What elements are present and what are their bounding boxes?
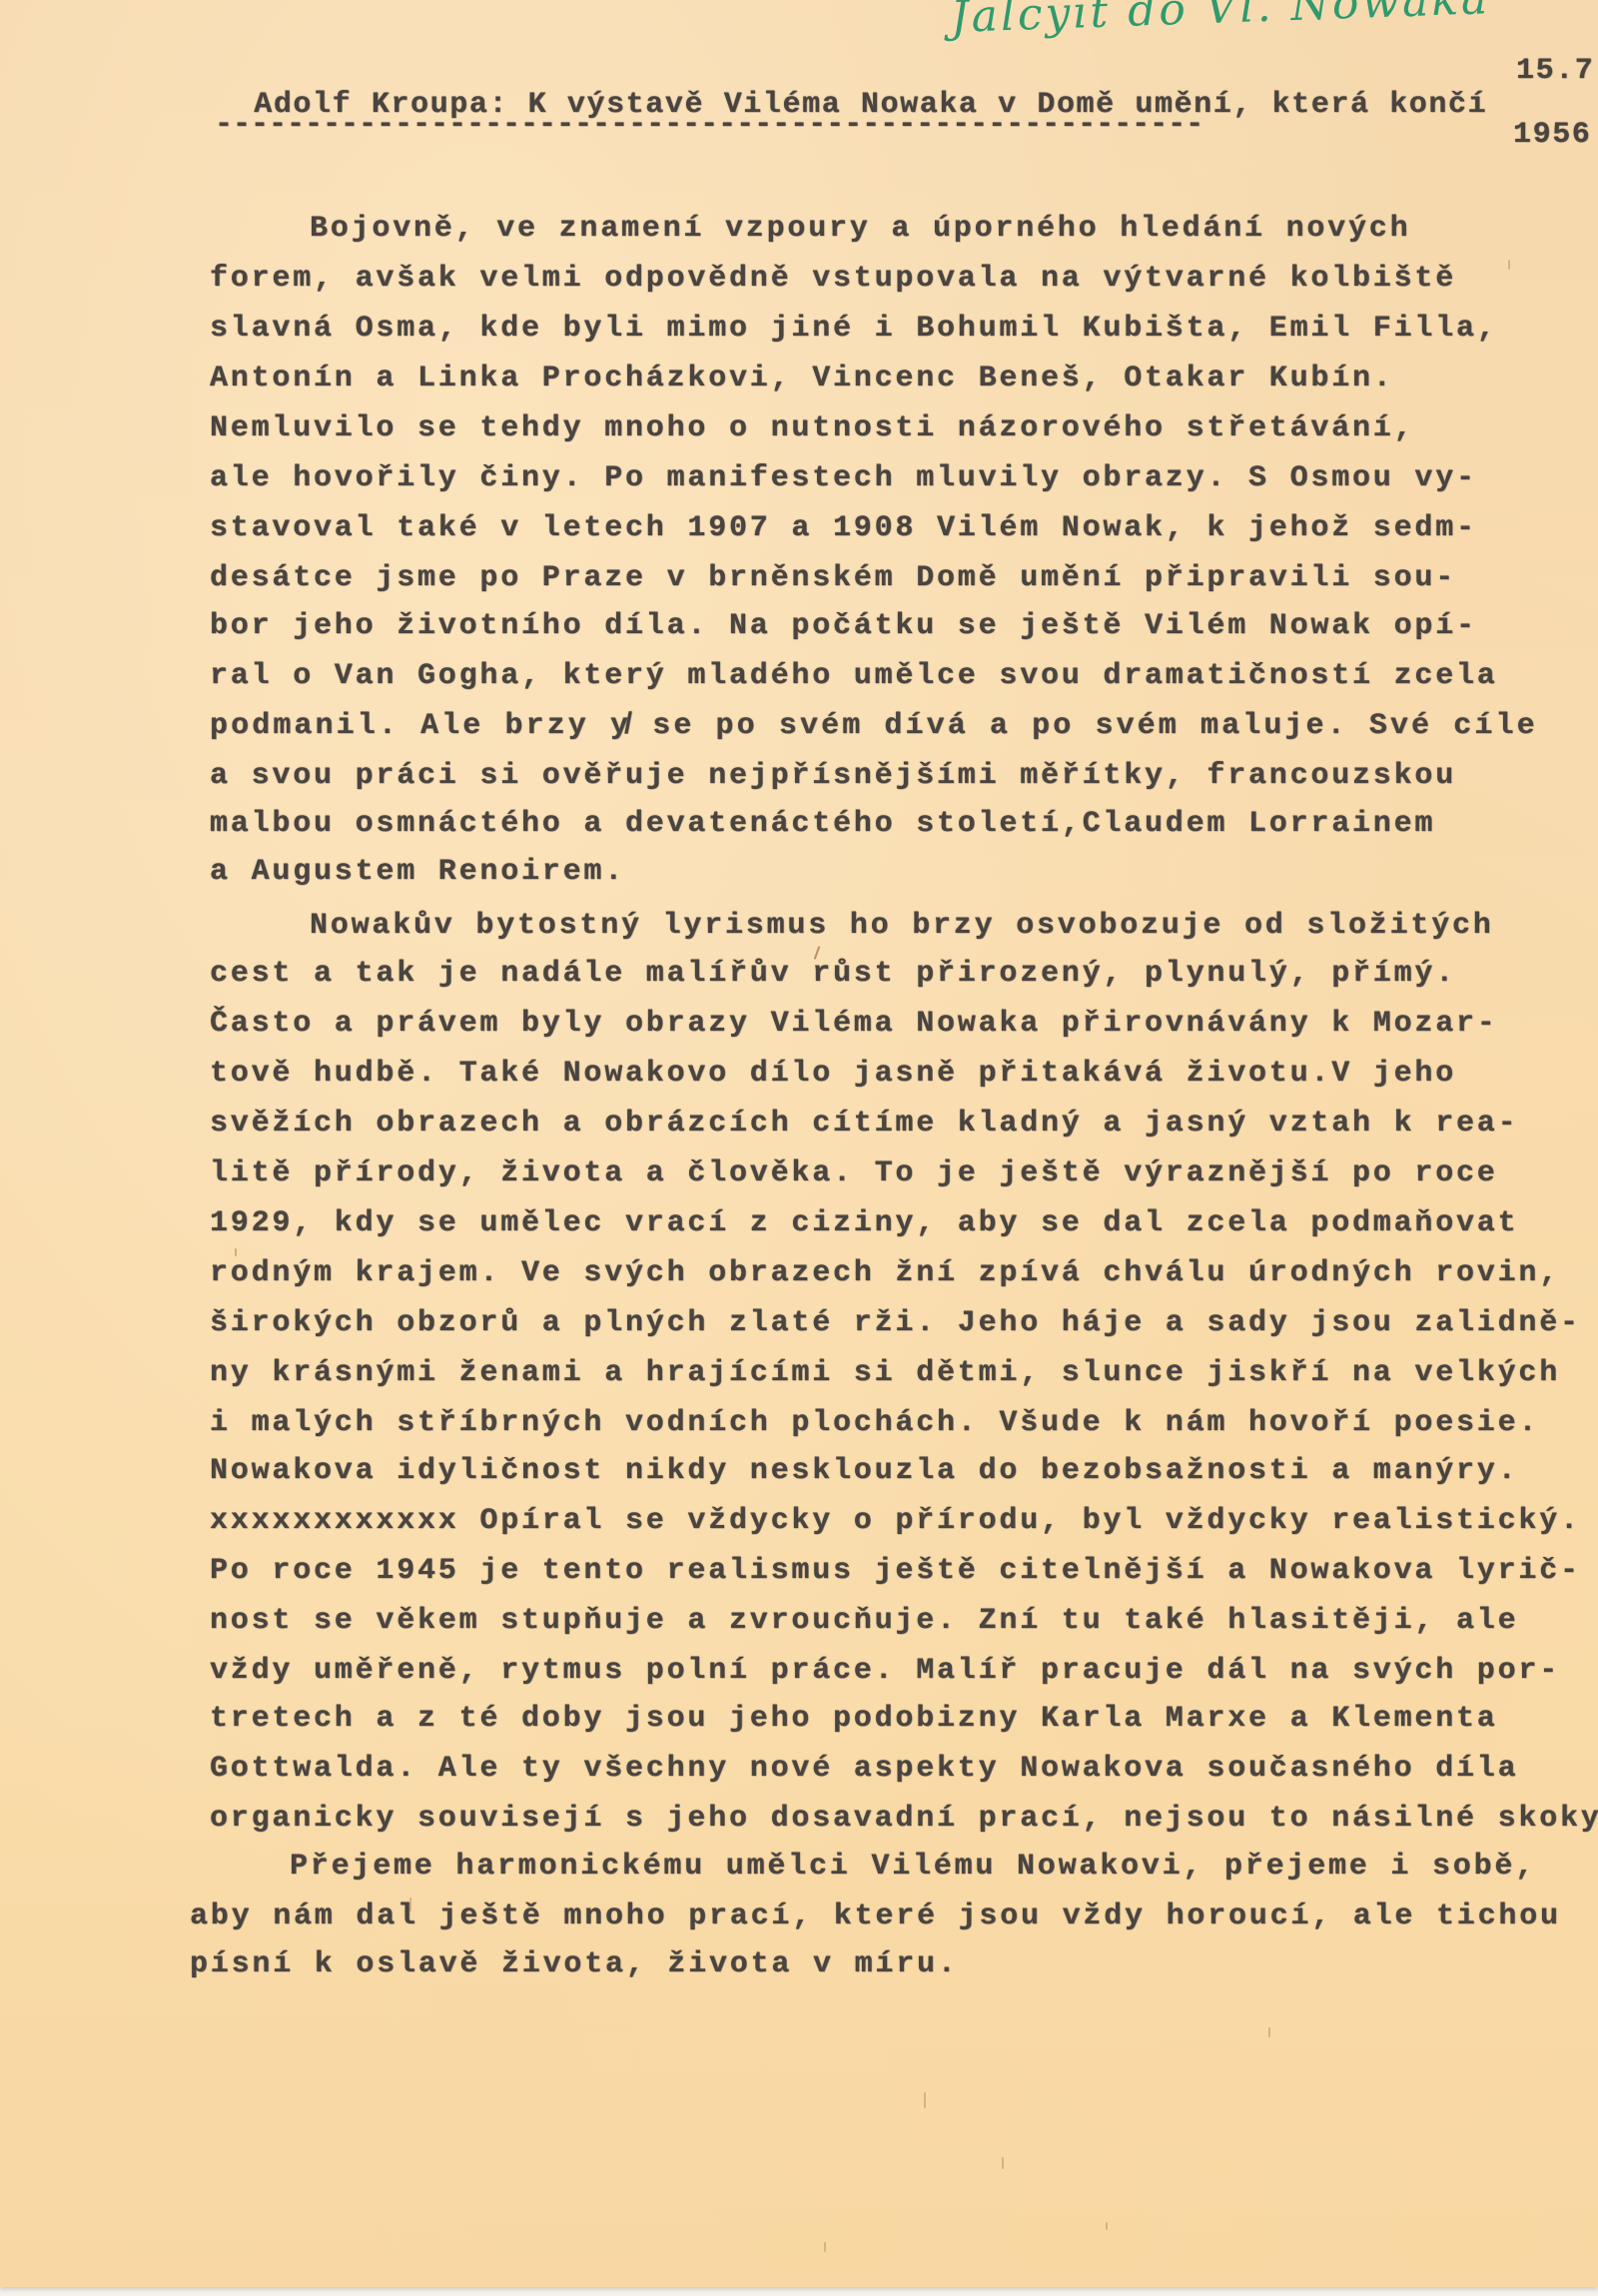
text-line: aby nám dal ještě mnoho prací, které jso… <box>190 1900 1561 1933</box>
paper-fiber <box>924 2092 926 2108</box>
text-line: desátce jsme po Praze v brněnském Domě u… <box>210 561 1456 595</box>
text-line: tově hudbě. Také Nowakovo dílo jasně při… <box>210 1057 1456 1091</box>
text-line: Po roce 1945 je tento realismus ještě ci… <box>210 1554 1581 1588</box>
text-line: i malých stříbrných vodních plochách. Vš… <box>210 1406 1539 1440</box>
text-line: svěžích obrazech a obrázcích cítíme klad… <box>210 1107 1518 1141</box>
text-line: rodným krajem. Ve svých obrazech žní zpí… <box>210 1256 1560 1290</box>
paper-fiber <box>235 1248 237 1256</box>
text-line: Antonín a Linka Procházkovi, Vincenc Ben… <box>210 362 1394 395</box>
text-line: forem, avšak velmi odpovědně vstupovala … <box>210 262 1456 296</box>
text-line: 1929, kdy se umělec vrací z ciziny, aby … <box>210 1206 1518 1240</box>
text-line: Nowakův bytostný lyrismus ho brzy osvobo… <box>310 909 1494 943</box>
text-line: Nemluvilo se tehdy mnoho o nutnosti názo… <box>210 411 1414 445</box>
text-line: cest a tak je nadále malířův růst přiroz… <box>210 957 1456 991</box>
text-line: Gottwalda. Ale ty všechny nové aspekty N… <box>210 1752 1518 1786</box>
paper-fiber <box>824 2242 826 2252</box>
title-date: 15.7 <box>1516 54 1594 88</box>
text-line: malbou osmnáctého a devatenáctého stolet… <box>210 807 1435 841</box>
paper-fiber <box>1508 260 1510 270</box>
text-line: litě přírody, života a člověka. To je je… <box>210 1156 1498 1190</box>
paper-fiber <box>1268 2027 1270 2037</box>
text-line: a svou práci si ověřuje nejpřísnějšími m… <box>210 759 1456 793</box>
text-line: Nowakova idyličnost nikdy nesklouzla do … <box>210 1454 1518 1488</box>
text-line: širokých obzorů a plných zlaté rži. Jeho… <box>210 1306 1581 1340</box>
text-line: ny krásnými ženami a hrajícími si dětmi,… <box>210 1356 1560 1390</box>
text-line: ral o Van Gogha, který mladého umělce sv… <box>210 659 1498 693</box>
text-line: vždy uměřeně, rytmus polní práce. Malíř … <box>210 1654 1560 1688</box>
text-line: tretech a z té doby jsou jeho podobizny … <box>210 1702 1498 1736</box>
text-line: stavoval také v letech 1907 a 1908 Vilém… <box>210 511 1477 545</box>
text-line: písní k oslavě života, života v míru. <box>190 1947 959 1981</box>
text-line: Bojovně, ve znamení vzpoury a úporného h… <box>310 212 1410 246</box>
paper-fiber <box>1002 2157 1004 2169</box>
title-year: 1956 <box>1513 118 1591 152</box>
text-line: organicky souvisejí s jeho dosavadní pra… <box>210 1802 1598 1836</box>
text-line: a Augustem Renoirem. <box>210 855 625 889</box>
text-line: ale hovořily činy. Po manifestech mluvil… <box>210 461 1477 495</box>
text-line: Často a právem byly obrazy Viléma Nowaka… <box>210 1007 1498 1041</box>
text-line: slavná Osma, kde byli mimo jiné i Bohumi… <box>210 312 1498 346</box>
text-line: podmanil. Ale brzy y̸ se po svém dívá a … <box>210 709 1538 743</box>
text-line: nost se věkem stupňuje a zvroucňuje. Zní… <box>210 1604 1518 1638</box>
text-line: xxxxxxxxxxxx Opíral se vždycky o přírodu… <box>210 1504 1581 1538</box>
text-line: Přejeme harmonickému umělci Vilému Nowak… <box>290 1850 1536 1884</box>
title-underline-rule: ----------------------------------------… <box>215 108 1203 142</box>
paper-fiber <box>1106 2222 1108 2230</box>
text-line: bor jeho životního díla. Na počátku se j… <box>210 609 1477 643</box>
